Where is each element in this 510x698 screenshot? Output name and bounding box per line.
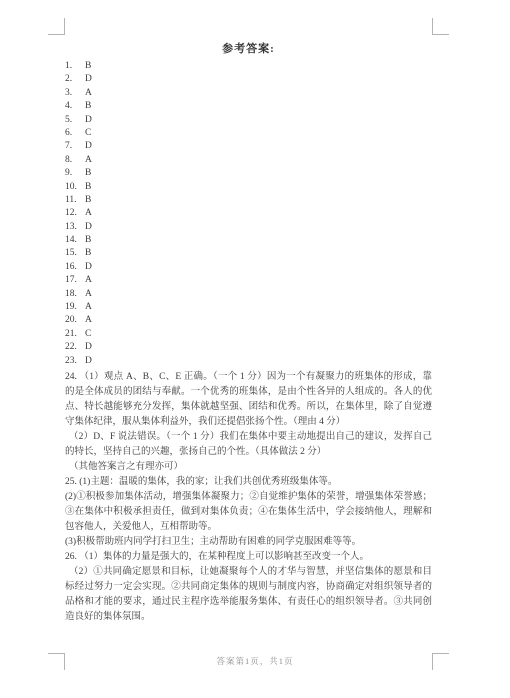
document-page: 参考答案: 1.B2.D3.A4.B5.D6.C7.D8.A9.B10.B11.… [0, 0, 510, 698]
choice-answer-item: 11.B [65, 194, 432, 207]
choice-answer-item: 6.C [65, 127, 432, 140]
choice-answer-item: 20.A [65, 314, 432, 327]
answer-paragraph: （2）D、F 说法错误。（一个 1 分）我们在集体中要主动地提出自己的建议，发挥… [65, 430, 432, 460]
choice-answer-item: 10.B [65, 181, 432, 194]
page-title: 参考答案: [65, 40, 432, 56]
question-number: 20. [65, 314, 80, 327]
choice-answer-item: 7.D [65, 140, 432, 153]
crop-mark-top-right-icon [432, 18, 449, 35]
question-number: 8. [65, 154, 80, 167]
answer-letter: D [80, 341, 92, 354]
choice-answer-item: 9.B [65, 167, 432, 180]
question-number: 14. [65, 234, 80, 247]
question-number: 3. [65, 87, 80, 100]
choice-answer-item: 15.B [65, 247, 432, 260]
question-number: 21. [65, 328, 80, 341]
choice-answer-item: 5.D [65, 114, 432, 127]
choice-answer-item: 17.A [65, 274, 432, 287]
choice-answer-item: 18.A [65, 288, 432, 301]
choice-answer-item: 19.A [65, 301, 432, 314]
question-number: 2. [65, 73, 80, 86]
answer-letter: B [80, 194, 91, 207]
answer-letter: D [80, 114, 92, 127]
choice-answer-item: 4.B [65, 100, 432, 113]
question-number: 13. [65, 221, 80, 234]
answer-paragraph: 26. （1）集体的力量是强大的，在某种程度上可以影响甚至改变一个人。 [65, 550, 432, 565]
question-number: 5. [65, 114, 80, 127]
answer-letter: A [80, 301, 92, 314]
question-number: 22. [65, 341, 80, 354]
answer-letter: D [80, 140, 92, 153]
answer-letter: B [80, 234, 91, 247]
question-number: 18. [65, 288, 80, 301]
choice-answer-item: 23.D [65, 355, 432, 368]
page-footer: 答案第1页，共1页 [0, 655, 510, 667]
question-number: 17. [65, 274, 80, 287]
choice-answer-item: 1.B [65, 60, 432, 73]
question-number: 23. [65, 355, 80, 368]
answer-letter: A [80, 87, 92, 100]
choice-answer-item: 8.A [65, 154, 432, 167]
choice-answer-item: 12.A [65, 207, 432, 220]
crop-mark-top-left-icon [48, 18, 65, 35]
answer-sheet-content: 参考答案: 1.B2.D3.A4.B5.D6.C7.D8.A9.B10.B11.… [65, 35, 432, 625]
question-number: 19. [65, 301, 80, 314]
choice-answer-list: 1.B2.D3.A4.B5.D6.C7.D8.A9.B10.B11.B12.A1… [65, 60, 432, 368]
question-number: 11. [65, 194, 80, 207]
question-number: 9. [65, 167, 80, 180]
answer-letter: A [80, 288, 92, 301]
choice-answer-item: 16.D [65, 261, 432, 274]
question-number: 10. [65, 181, 80, 194]
answer-letter: A [80, 207, 92, 220]
answer-letter: D [80, 261, 92, 274]
answer-letter: A [80, 274, 92, 287]
choice-answer-item: 13.D [65, 221, 432, 234]
answer-letter: A [80, 314, 92, 327]
answer-letter: C [80, 127, 91, 140]
free-response-answers: 24. （1）观点 A、B、C、E 正确。（一个 1 分）因为一个有凝聚力的班集… [65, 370, 432, 625]
answer-letter: D [80, 221, 92, 234]
question-number: 16. [65, 261, 80, 274]
choice-answer-item: 22.D [65, 341, 432, 354]
question-number: 7. [65, 140, 80, 153]
answer-paragraph: （2）①共同确定愿景和目标，让她凝聚每个人的才华与智慧，并坚信集体的愿景和目标经… [65, 565, 432, 625]
answer-letter: B [80, 247, 91, 260]
answer-letter: B [80, 60, 91, 73]
answer-paragraph: （其他答案言之有理亦可） [65, 460, 432, 475]
answer-letter: D [80, 355, 92, 368]
answer-letter: A [80, 154, 92, 167]
answer-paragraph: (3)积极帮助班内同学打扫卫生；主动帮助有困难的同学克服困难等等。 [65, 535, 432, 550]
answer-letter: D [80, 73, 92, 86]
answer-letter: B [80, 100, 91, 113]
answer-paragraph: 24. （1）观点 A、B、C、E 正确。（一个 1 分）因为一个有凝聚力的班集… [65, 370, 432, 430]
answer-letter: B [80, 167, 91, 180]
choice-answer-item: 14.B [65, 234, 432, 247]
choice-answer-item: 3.A [65, 87, 432, 100]
choice-answer-item: 21.C [65, 328, 432, 341]
question-number: 1. [65, 60, 80, 73]
answer-letter: B [80, 181, 91, 194]
question-number: 15. [65, 247, 80, 260]
answer-letter: C [80, 328, 91, 341]
answer-paragraph: 25. (1)主题：温暖的集体，我的家；让我们共创优秀班级集体等。 [65, 475, 432, 490]
question-number: 4. [65, 100, 80, 113]
question-number: 12. [65, 207, 80, 220]
answer-paragraph: (2)①积极参加集体活动，增强集体凝聚力；②自觉维护集体的荣誉，增强集体荣誉感；… [65, 490, 432, 535]
question-number: 6. [65, 127, 80, 140]
choice-answer-item: 2.D [65, 73, 432, 86]
